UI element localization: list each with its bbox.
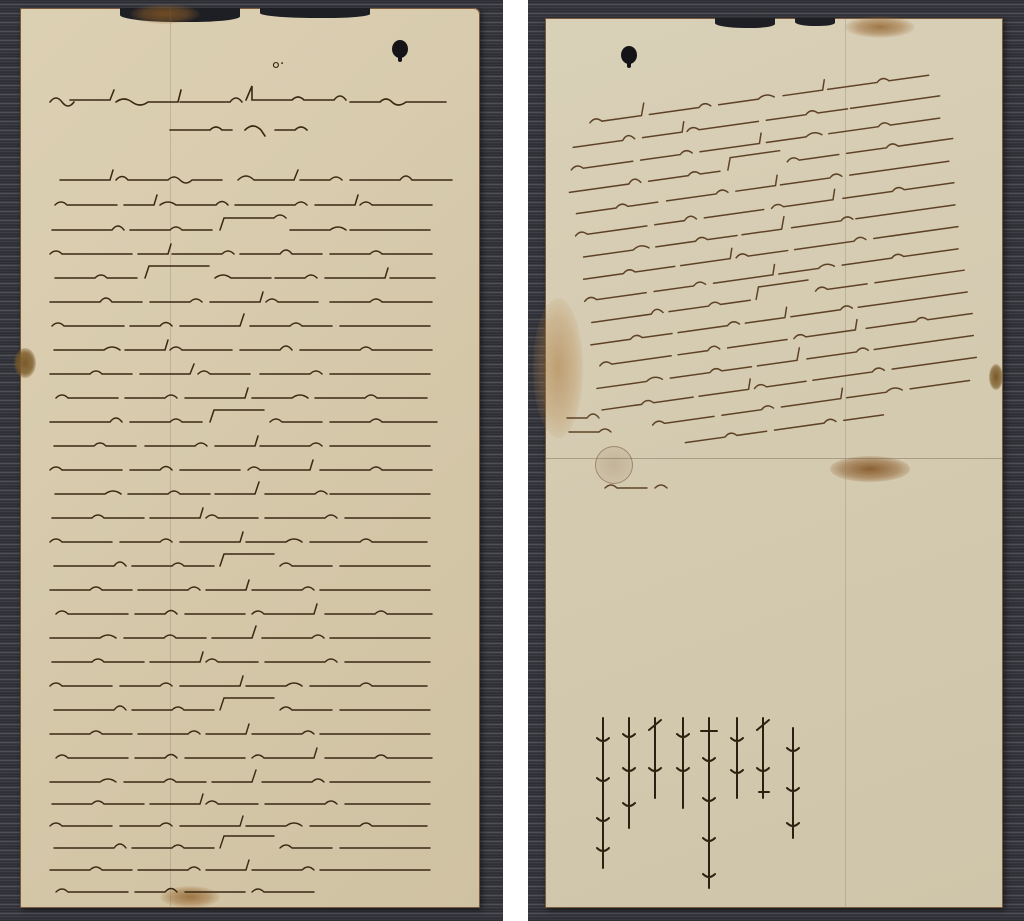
image-separator xyxy=(503,0,528,921)
handwritten-text-right xyxy=(545,18,1003,908)
manuscript-page-left: Manuscript page (recto) ܘ· xyxy=(20,8,480,908)
manuscript-page-right: Manuscript page (verso) xyxy=(545,18,1003,908)
handwritten-text-left xyxy=(20,8,480,908)
